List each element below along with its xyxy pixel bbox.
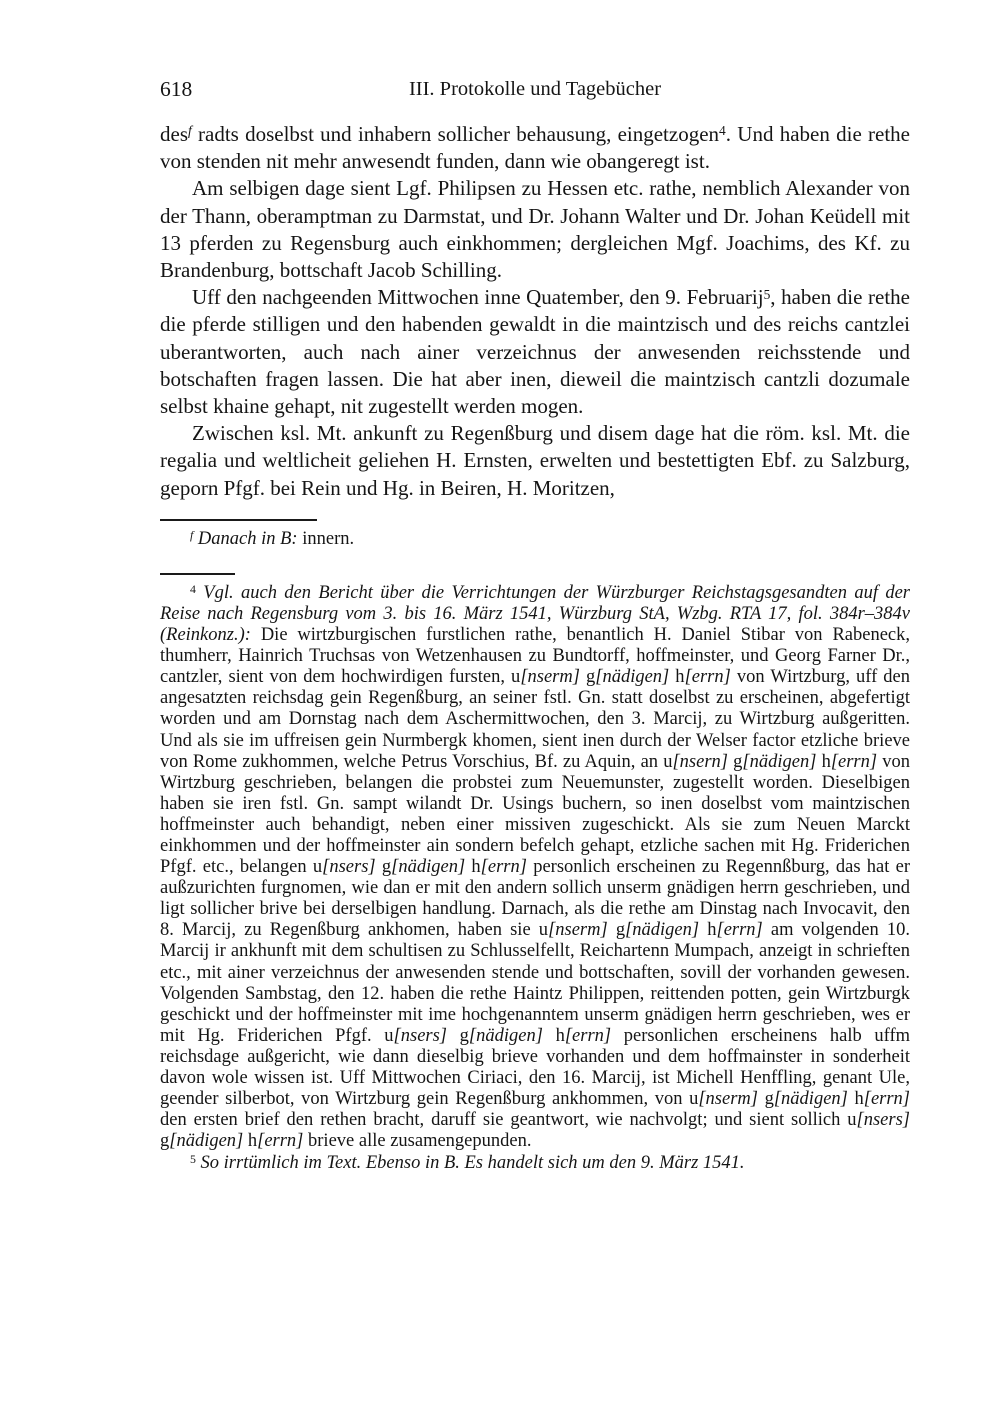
book-page: 618 III. Protokolle und Tagebücher desf … <box>160 76 910 1174</box>
footnote-5: 5 So irrtümlich im Text. Ebenso in B. Es… <box>160 1152 910 1174</box>
footnote-separator-number <box>160 573 235 575</box>
body-paragraph: Uff den nachgeenden Mittwochen inne Quat… <box>160 284 910 420</box>
page-header: 618 III. Protokolle und Tagebücher <box>160 76 910 102</box>
footnote-separator-letter <box>160 519 317 521</box>
running-head: III. Protokolle und Tagebücher <box>160 76 910 102</box>
body-paragraph: desf radts doselbst und inhabern sollich… <box>160 121 910 175</box>
body-paragraph: Zwischen ksl. Mt. ankunft zu Regenßburg … <box>160 420 910 502</box>
footnote-variant-f: f Danach in B: innern. <box>160 528 910 550</box>
body-text: desf radts doselbst und inhabern sollich… <box>160 121 910 502</box>
footnote-4: 4 Vgl. auch den Bericht über die Verrich… <box>160 583 910 1153</box>
body-paragraph: Am selbigen dage sient Lgf. Philipsen zu… <box>160 175 910 284</box>
page-number: 618 <box>160 76 192 102</box>
